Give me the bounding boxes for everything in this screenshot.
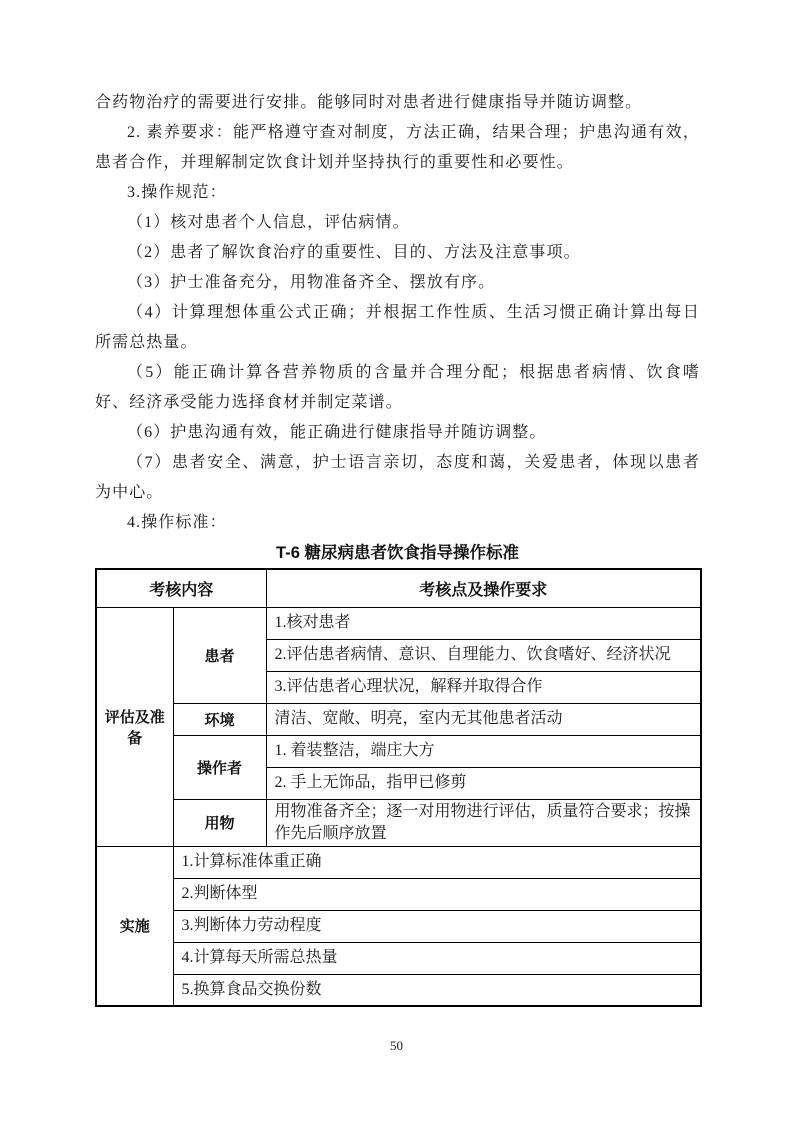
paragraph-norm-item-7: （7）患者安全、满意，护士语言亲切，态度和蔼，关爱患者，体现以患者为中心。 bbox=[95, 448, 700, 508]
paragraph-norm-item-6: （6）护患沟通有效，能正确进行健康指导并随访调整。 bbox=[95, 418, 700, 448]
cell-implement-item-2: 2.判断体型 bbox=[173, 878, 701, 910]
paragraph-operation-norms-heading: 3.操作规范： bbox=[95, 178, 700, 208]
header-cell-exam-content: 考核内容 bbox=[96, 569, 266, 607]
table-row: 用物 用物准备齐全；逐一对用物进行评估，质量符合要求；按操作先后顺序放置 bbox=[96, 799, 701, 846]
page-number: 50 bbox=[0, 1038, 793, 1054]
assessment-standard-table: 考核内容 考核点及操作要求 评估及准备 患者 1.核对患者 2.评估患者病情、意… bbox=[95, 568, 702, 1007]
table-row: 4.计算每天所需总热量 bbox=[96, 942, 701, 974]
cell-implement-item-5: 5.换算食品交换份数 bbox=[173, 974, 701, 1006]
sub-label-operator: 操作者 bbox=[173, 735, 266, 799]
paragraph-quality-requirements: 2. 素养要求：能严格遵守查对制度，方法正确，结果合理；护患沟通有效，患者合作，… bbox=[95, 118, 700, 178]
cell-implement-item-4: 4.计算每天所需总热量 bbox=[173, 942, 701, 974]
paragraph-operation-standard-heading: 4.操作标准： bbox=[95, 508, 700, 538]
sub-label-environment: 环境 bbox=[173, 703, 266, 735]
cell-operator-item-2: 2. 手上无饰品，指甲已修剪 bbox=[266, 767, 701, 799]
table-row: 2.判断体型 bbox=[96, 878, 701, 910]
cell-patient-item-1: 1.核对患者 bbox=[266, 607, 701, 639]
cell-patient-item-2: 2.评估患者病情、意识、自理能力、饮食嗜好、经济状况 bbox=[266, 639, 701, 671]
table-row: 3.判断体力劳动程度 bbox=[96, 910, 701, 942]
paragraph-norm-item-4: （4）计算理想体重公式正确；并根据工作性质、生活习惯正确计算出每日所需总热量。 bbox=[95, 298, 700, 358]
paragraph-norm-item-2: （2）患者了解饮食治疗的重要性、目的、方法及注意事项。 bbox=[95, 238, 700, 268]
cell-environment-item: 清洁、宽敞、明亮，室内无其他患者活动 bbox=[266, 703, 701, 735]
section-label-implement: 实施 bbox=[96, 846, 173, 1006]
cell-supplies-item: 用物准备齐全；逐一对用物进行评估，质量符合要求；按操作先后顺序放置 bbox=[266, 799, 701, 846]
paragraph-continuation: 合药物治疗的需要进行安排。能够同时对患者进行健康指导并随访调整。 bbox=[95, 88, 700, 118]
paragraph-norm-item-3: （3）护士准备充分，用物准备齐全、摆放有序。 bbox=[95, 268, 700, 298]
table-row: 环境 清洁、宽敞、明亮，室内无其他患者活动 bbox=[96, 703, 701, 735]
table-title: T-6 糖尿病患者饮食指导操作标准 bbox=[95, 538, 700, 568]
table-row: 5.换算食品交换份数 bbox=[96, 974, 701, 1006]
sub-label-patient: 患者 bbox=[173, 607, 266, 703]
paragraph-norm-item-5: （5）能正确计算各营养物质的含量并合理分配；根据患者病情、饮食嗜好、经济承受能力… bbox=[95, 358, 700, 418]
document-page: 合药物治疗的需要进行安排。能够同时对患者进行健康指导并随访调整。 2. 素养要求… bbox=[0, 0, 793, 1122]
table-row: 实施 1.计算标准体重正确 bbox=[96, 846, 701, 878]
table-header-row: 考核内容 考核点及操作要求 bbox=[96, 569, 701, 607]
table-row: 操作者 1. 着装整洁，端庄大方 bbox=[96, 735, 701, 767]
cell-implement-item-3: 3.判断体力劳动程度 bbox=[173, 910, 701, 942]
body-text-block: 合药物治疗的需要进行安排。能够同时对患者进行健康指导并随访调整。 2. 素养要求… bbox=[95, 88, 700, 538]
cell-operator-item-1: 1. 着装整洁，端庄大方 bbox=[266, 735, 701, 767]
cell-patient-item-3: 3.评估患者心理状况，解释并取得合作 bbox=[266, 671, 701, 703]
sub-label-supplies: 用物 bbox=[173, 799, 266, 846]
cell-implement-item-1: 1.计算标准体重正确 bbox=[173, 846, 701, 878]
paragraph-norm-item-1: （1）核对患者个人信息，评估病情。 bbox=[95, 208, 700, 238]
table-row: 评估及准备 患者 1.核对患者 bbox=[96, 607, 701, 639]
section-label-assess-prepare: 评估及准备 bbox=[96, 607, 173, 846]
header-cell-exam-points: 考核点及操作要求 bbox=[266, 569, 701, 607]
